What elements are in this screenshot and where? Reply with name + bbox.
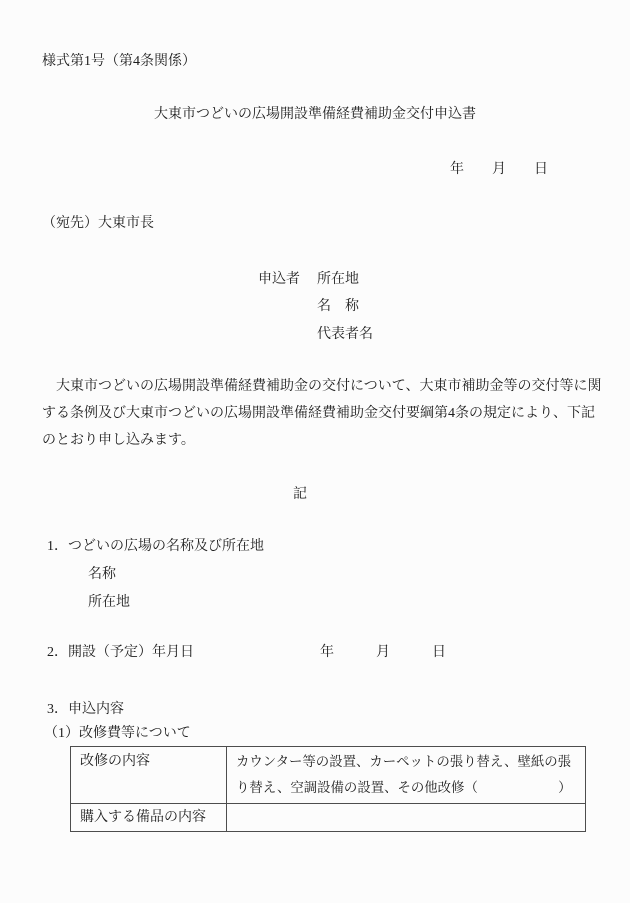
form-number: 様式第1号（第4条関係）: [42, 52, 196, 71]
row-label: 改修の内容: [72, 748, 225, 774]
body-line: 大東市つどいの広場開設準備経費補助金の交付について、大東市補助金等の交付等に関: [42, 377, 588, 396]
doc-title: 大東市つどいの広場開設準備経費補助金交付申込書: [0, 105, 630, 124]
application-form-page: 様式第1号（第4条関係） 大東市つどいの広場開設準備経費補助金交付申込書 年 月…: [0, 0, 630, 903]
section2-heading: 2．開設（予定）年月日: [47, 643, 194, 662]
applicant-label: 申込者: [258, 270, 300, 289]
row-label-cell: 改修の内容: [71, 747, 227, 804]
notation-marker: 記: [0, 485, 600, 504]
body-line: のとおり申し込みます。: [42, 431, 588, 450]
row-label-cell: 購入する備品の内容: [71, 804, 227, 832]
addressee: （宛先）大東市長: [42, 214, 154, 233]
row-value-cell: カウンター等の設置、カーペットの張り替え、壁紙の張 り替え、空調設備の設置、その…: [227, 747, 586, 804]
section1-address-field-label: 所在地: [88, 593, 130, 612]
table-row: 改修の内容 カウンター等の設置、カーペットの張り替え、壁紙の張 り替え、空調設備…: [71, 747, 586, 804]
applicant-representative-label: 代表者名: [317, 325, 373, 344]
renovation-table: 改修の内容 カウンター等の設置、カーペットの張り替え、壁紙の張 り替え、空調設備…: [70, 746, 586, 832]
section1-heading: 1．つどいの広場の名称及び所在地: [47, 537, 264, 556]
body-line: する条例及び大東市つどいの広場開設準備経費補助金交付要綱第4条の規定により、下記: [42, 404, 588, 423]
applicant-address-label: 所在地: [317, 270, 359, 289]
table-row: 購入する備品の内容: [71, 804, 586, 832]
value-line: カウンター等の設置、カーペットの張り替え、壁紙の張: [236, 749, 583, 775]
date-placeholder: 年 月 日: [450, 160, 548, 179]
value-line: り替え、空調設備の設置、その他改修（ ）: [236, 775, 583, 801]
applicant-name-label: 名 称: [317, 297, 359, 316]
section3-subheading: （1）改修費等について: [44, 724, 191, 743]
section1-name-field-label: 名称: [88, 565, 116, 584]
row-label: 購入する備品の内容: [72, 805, 225, 830]
section3-heading: 3．申込内容: [47, 700, 124, 719]
row-value-cell: [227, 804, 586, 832]
section2-date-placeholder: 年 月 日: [320, 643, 446, 662]
